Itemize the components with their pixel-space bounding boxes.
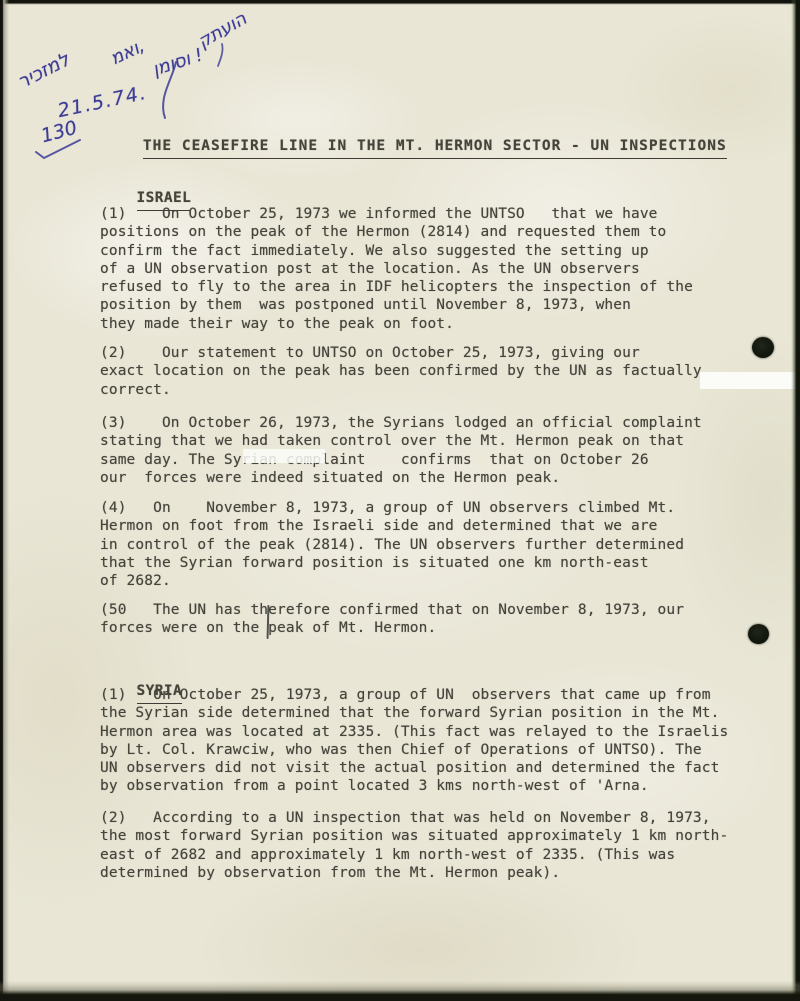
typed-text-line: of a UN observation post at the location…	[100, 260, 693, 278]
handwritten-scribble: למזכיר	[14, 49, 73, 94]
handwritten-scribble: וסומן !	[150, 45, 206, 81]
typed-text-line: Hermon area was located at 2335. (This f…	[100, 723, 728, 741]
scan-edge-left	[0, 0, 9, 1001]
typed-text-line: by Lt. Col. Krawciw, who was then Chief …	[100, 741, 728, 759]
israel-paragraph-3: (3) On October 26, 1973, the Syrians lod…	[100, 414, 702, 487]
scan-edge-right	[791, 0, 800, 1001]
typed-text-line: in control of the peak (2814). The UN ob…	[100, 536, 684, 554]
israel-paragraph-2: (2) Our statement to UNTSO on October 25…	[100, 344, 702, 399]
typed-text-line: by observation from a point located 3 km…	[100, 777, 728, 795]
typed-text-line: UN observers did not visit the actual po…	[100, 759, 728, 777]
scanned-document-page: THE CEASEFIRE LINE IN THE MT. HERMON SEC…	[0, 0, 800, 1001]
typed-text-line: refused to fly to the area in IDF helico…	[100, 278, 693, 296]
typed-text-line: (1) On October 25, 1973 we informed the …	[100, 205, 693, 223]
typed-text-line: (3) On October 26, 1973, the Syrians lod…	[100, 414, 702, 432]
typed-text-line: Hermon on foot from the Israeli side and…	[100, 517, 684, 535]
handwritten-date: 21.5.74.	[56, 82, 149, 122]
document-title-text: THE CEASEFIRE LINE IN THE MT. HERMON SEC…	[143, 137, 727, 158]
typed-text-line: they made their way to the peak on foot.	[100, 315, 693, 333]
typed-text-line: (1) On October 25, 1973, a group of UN o…	[100, 686, 728, 704]
typed-text-line: position by them was postponed until Nov…	[100, 296, 693, 314]
typed-text-line: correct.	[100, 381, 702, 399]
israel-paragraph-5: (50 The UN has therefore confirmed that …	[100, 601, 684, 638]
israel-paragraph-1: (1) On October 25, 1973 we informed the …	[100, 205, 693, 333]
typed-text-line: forces were on the peak of Mt. Hermon.	[100, 619, 684, 637]
typed-text-line: (2) According to a UN inspection that wa…	[100, 809, 728, 827]
handwritten-scribble: הועתק	[194, 8, 250, 52]
typed-text-line: our forces were indeed situated on the H…	[100, 469, 702, 487]
whiteout-patch	[700, 372, 796, 389]
typed-text-line: the most forward Syrian position was sit…	[100, 827, 728, 845]
ink-dot	[752, 337, 774, 358]
pen-tick-stroke	[218, 44, 223, 66]
handwritten-scribble: ואמ,	[107, 36, 148, 70]
syria-paragraph-1: (1) On October 25, 1973, a group of UN o…	[100, 686, 728, 796]
whiteout-patch	[243, 449, 325, 463]
typed-text-line: (50 The UN has therefore confirmed that …	[100, 601, 684, 619]
typed-text-line: determined by observation from the Mt. H…	[100, 864, 728, 882]
typed-text-line: that the Syrian forward position is situ…	[100, 554, 684, 572]
israel-paragraph-4: (4) On November 8, 1973, a group of UN o…	[100, 499, 684, 590]
typed-text-line: exact location on the peak has been conf…	[100, 362, 702, 380]
ink-dot	[748, 624, 769, 644]
scan-edge-bottom	[0, 981, 800, 1001]
typed-text-line: (4) On November 8, 1973, a group of UN o…	[100, 499, 684, 517]
document-title: THE CEASEFIRE LINE IN THE MT. HERMON SEC…	[104, 119, 727, 177]
typed-text-line: positions on the peak of the Hermon (281…	[100, 223, 693, 241]
syria-paragraph-2: (2) According to a UN inspection that wa…	[100, 809, 728, 882]
typed-text-line: same day. The Syrian complaint confirms …	[100, 451, 702, 469]
typed-text-line: confirm the fact immediately. We also su…	[100, 242, 693, 260]
typed-text-line: the Syrian side determined that the forw…	[100, 704, 728, 722]
handwritten-number: 130	[39, 117, 80, 148]
typed-text-line: stating that we had taken control over t…	[100, 432, 702, 450]
scan-edge-top	[0, 0, 800, 5]
typed-text-line: (2) Our statement to UNTSO on October 25…	[100, 344, 702, 362]
typed-text-line: of 2682.	[100, 572, 684, 590]
typed-text-line: east of 2682 and approximately 1 km nort…	[100, 846, 728, 864]
